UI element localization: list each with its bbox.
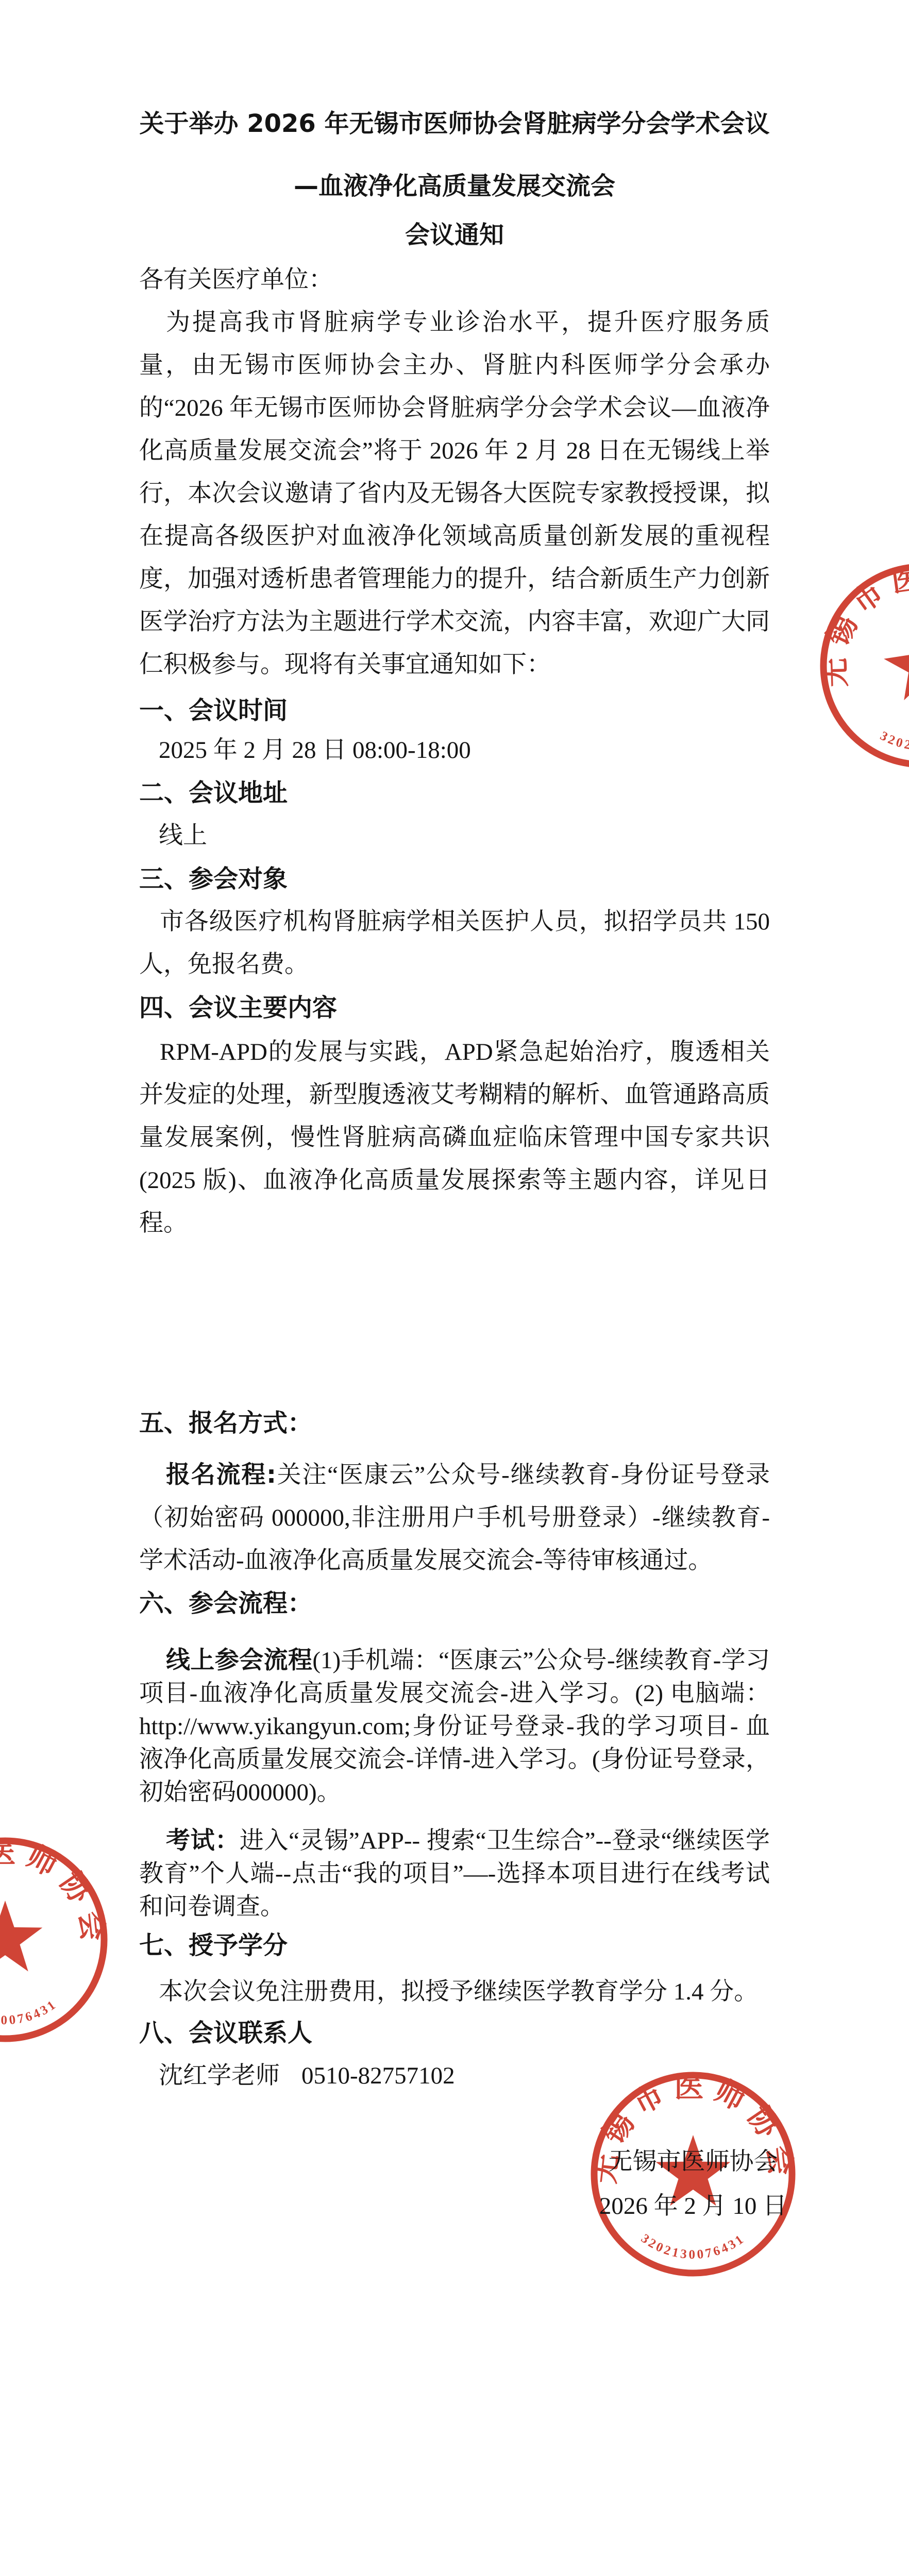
section-1-body-meeting-time: 2025 年 2 月 28 日 08:00-18:00 — [139, 729, 789, 772]
section-3-heading: 三、参会对象 — [139, 858, 770, 901]
section-6-body-exam: 考试：进入“灵锡”APP-- 搜索“卫生综合”--登录“继续医学教育”个人端--… — [139, 1824, 770, 1923]
seal-org-arc-text: 无锡市医师协会 — [804, 549, 909, 691]
section-4-heading: 四、会议主要内容 — [139, 987, 770, 1029]
doc-title-line-1: 关于举办 2026 年无锡市医师协会肾脏病学分会学术会议 — [0, 99, 909, 148]
seal-serial-arc-text: 3202130076431 — [0, 1997, 60, 2027]
seal-serial-arc-text: 3202130076431 — [638, 2231, 748, 2262]
intro-paragraph: 为提高我市肾脏病学专业诊治水平，提升医疗服务质量，由无锡市医师协会主办、肾脏内科… — [139, 301, 770, 686]
section-8-body-contact: 沈红学老师0510-82757102 — [139, 2055, 789, 2097]
closing-organization: 无锡市医师协会 — [580, 2141, 806, 2183]
section-6-heading: 六、参会流程： — [139, 1582, 770, 1625]
official-seal-stamp-right: 无锡市医师协会 3202130076431 — [800, 544, 909, 788]
svg-text:3202130076431: 3202130076431 — [0, 1997, 60, 2027]
section-2-heading: 二、会议地址 — [139, 772, 770, 815]
svg-text:无锡市医师协会: 无锡市医师协会 — [804, 549, 909, 691]
seal-star-icon — [0, 1901, 42, 1972]
doc-title-line-2: —血液净化高质量发展交流会 — [0, 161, 909, 211]
contact-name: 沈红学老师 — [159, 2062, 280, 2089]
official-seal-stamp-left: 无锡市医师协会 3202130076431 — [0, 1832, 113, 2048]
section-5-heading: 五、报名方式： — [139, 1402, 770, 1445]
seal-star-icon — [880, 622, 909, 702]
section-5-body-registration: 报名流程:关注“医康云”公众号-继续教育-身份证号登录（初始密码 000000,… — [139, 1453, 770, 1582]
registration-flow-label: 报名流程: — [166, 1461, 276, 1489]
section-4-body-main-content: RPM-APD的发展与实践，APD紧急起始治疗，腹透相关并发症的处理，新型腹透液… — [139, 1031, 770, 1245]
doc-title-notice: 会议通知 — [0, 210, 909, 260]
section-6-body-online-flow: 线上参会流程(1)手机端：“医康云”公众号-继续教育-学习项目-血液净化高质量发… — [139, 1644, 770, 1809]
section-7-heading: 七、授予学分 — [139, 1924, 770, 1967]
closing-date: 2026 年 2 月 10 日 — [580, 2185, 806, 2228]
contact-phone: 0510-82757102 — [301, 2062, 455, 2089]
section-8-heading: 八、会议联系人 — [139, 2012, 770, 2055]
section-1-heading: 一、会议时间 — [139, 689, 770, 732]
section-7-body-credits: 本次会议免注册费用，拟授予继续医学教育学分 1.4 分。 — [139, 1971, 789, 2013]
notice-document-page: 关于举办 2026 年无锡市医师协会肾脏病学分会学术会议 —血液净化高质量发展交… — [0, 0, 909, 2576]
section-3-body-attendees: 市各级医疗机构肾脏病学相关医护人员，拟招学员共 150 人，免报名费。 — [139, 901, 770, 986]
svg-text:3202130076431: 3202130076431 — [638, 2231, 748, 2262]
online-flow-label: 线上参会流程 — [166, 1646, 312, 1674]
exam-label: 考试： — [166, 1826, 240, 1855]
salutation: 各有关医疗单位： — [139, 259, 770, 301]
section-2-body-meeting-place: 线上 — [139, 815, 789, 857]
